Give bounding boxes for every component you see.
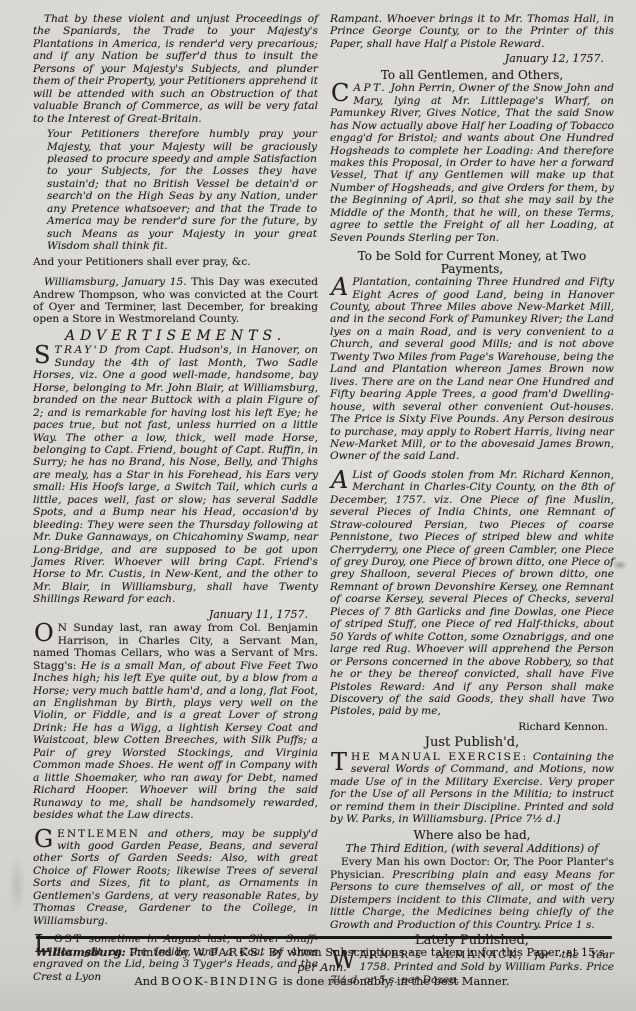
newspaper-page: That by these violent and unjust Proceed… [0, 0, 636, 1011]
footer-rule [36, 936, 612, 939]
lost-lead-word: OST [54, 933, 83, 945]
petition-paragraph-1: That by these violent and unjust Proceed… [33, 13, 318, 125]
capt-lead-word: APT. [353, 82, 387, 94]
date-line-january-12: January 12, 1757. [330, 53, 604, 65]
richard-kennon-signature: Richard Kennon. [330, 721, 608, 733]
imprint-line2-rest: is done reasonably, in the best Manner. [279, 974, 509, 988]
third-edition-line: The Third Edition, (with several Additio… [330, 843, 614, 855]
imprint-place: Williamsburg: [35, 945, 125, 959]
imprint-subscriptions: By whom Subscriptions are taken in for t… [265, 945, 609, 959]
just-publishd-heading: Just Publish'd, [330, 737, 614, 749]
runaway-servant-ad: ON Sunday last, ran away from Col. Benja… [33, 622, 318, 821]
drop-cap-g: G [33, 828, 57, 849]
drop-cap-t: T [330, 751, 351, 772]
garden-seeds-ad: GENTLEMEN and others, may be supply'd wi… [33, 828, 318, 928]
imprint-parks: PARKS. [210, 945, 265, 959]
to-all-gentlemen-heading: To all Gentlemen, and Others, [330, 69, 614, 81]
imprint-and: And [135, 974, 161, 988]
printer-imprint: Williamsburg: Printed by W. PARKS. By wh… [24, 945, 620, 989]
stolen-goods-ad: A List of Goods stolen from Mr. Richard … [330, 469, 614, 718]
imprint-book-binding: BOOK-BINDING [161, 974, 279, 988]
where-also-heading: Where also be had, [330, 829, 614, 841]
snow-freight-ad: CAPT. John Perrin, Owner of the Snow Joh… [330, 82, 614, 244]
drop-cap-c: C [330, 82, 353, 103]
drop-cap-o: O [33, 622, 58, 643]
strayed-ad-body: from Capt. Hudson's, in Hanover, on Sund… [33, 344, 318, 605]
manual-exercise-ad: THE MANUAL EXERCISE: Containing the seve… [330, 751, 614, 826]
strayed-lead-word: TRAY'D [54, 344, 110, 356]
to-be-sold-heading: To be Sold for Current Money, at Two Pay… [330, 250, 614, 275]
lost-snuffbox-ad-continuation: Rampant. Whoever brings it to Mr. Thomas… [330, 13, 614, 50]
drop-cap-a-list: A [330, 469, 352, 490]
runaway-ad-body: He is a small Man, of about Five Feet Tw… [33, 660, 318, 821]
stolen-goods-ad-body: List of Goods stolen from Mr. Richard Ke… [330, 469, 614, 718]
drop-cap-a-plantation: A [330, 276, 352, 297]
execution-news-item: Williamsburg, January 15. This Day was e… [33, 276, 318, 326]
scan-smudge [8, 855, 26, 915]
snow-freight-ad-body: John Perrin, Owner of the Snow John and … [330, 82, 614, 243]
every-man-doctor-ad: Every Man his own Doctor: Or, The Poor P… [330, 856, 614, 931]
petition-paragraph-2: Your Petitioners therefore humbly pray y… [47, 128, 317, 253]
manual-exercise-title: HE MANUAL EXERCISE: [351, 751, 528, 763]
imprint-per-ann: per Ann. [297, 960, 347, 974]
right-column: Rampant. Whoever brings it to Mr. Thomas… [330, 13, 614, 989]
petition-prayer-line: And your Petitioners shall ever pray, &c… [33, 256, 318, 268]
garden-seeds-ad-body: and others, may be supply'd with good Ga… [33, 828, 318, 927]
advertisements-heading: ADVERTISEMENTS. [33, 330, 318, 342]
strayed-horses-ad: STRAY'D from Capt. Hudson's, in Hanover,… [33, 344, 318, 606]
news-dateline: Williamsburg, January 15. [44, 276, 187, 288]
plantation-sale-ad: A Plantation, containing Three Hundred a… [330, 276, 614, 463]
date-line-january-11: January 11, 1757. [33, 609, 308, 621]
imprint-printed-by: Printed by W. [126, 945, 210, 959]
left-column: That by these violent and unjust Proceed… [33, 13, 318, 986]
drop-cap-s: S [33, 344, 54, 365]
scan-smudge [612, 560, 628, 570]
gentlemen-lead-word: ENTLEMEN [57, 828, 140, 840]
plantation-ad-body: Plantation, containing Three Hundred and… [330, 276, 614, 462]
